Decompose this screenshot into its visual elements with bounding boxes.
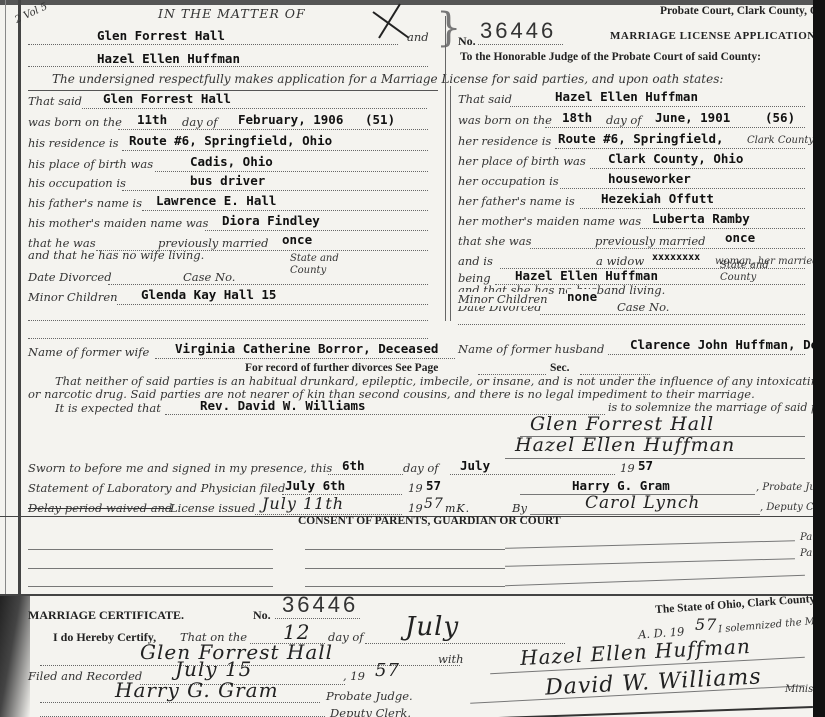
label: 19	[408, 481, 423, 495]
label: Name of former wife	[28, 345, 149, 359]
label: It is expected that	[55, 401, 161, 415]
label: , 19	[343, 669, 365, 683]
label: Case No.	[183, 270, 235, 284]
label: his mother's maiden name was	[28, 216, 208, 230]
label: her mother's maiden name was	[458, 214, 641, 228]
label: Name of former husband	[458, 342, 604, 356]
label: 19	[620, 461, 635, 475]
label: his place of birth was	[28, 157, 153, 171]
address-line: To the Honorable Judge of the Probate Co…	[460, 51, 761, 63]
label: I solemnized the Marriage of	[718, 612, 825, 636]
label: his father's name is	[28, 196, 142, 210]
groom-occupation: bus driver	[190, 173, 265, 188]
label: her residence is	[458, 134, 551, 148]
label: Case No.	[617, 300, 669, 314]
groom-signature: Glen Forrest Hall	[530, 413, 714, 435]
label: 19	[408, 501, 423, 515]
form-title: MARRIAGE LICENSE APPLICATION	[610, 30, 816, 42]
filed-recorded-year: 57	[375, 660, 400, 681]
statement-filed-year: 57	[426, 478, 441, 493]
label: a widow	[596, 254, 644, 268]
bride-birth-day: 18th	[562, 110, 592, 125]
license-issued-date: July 11th	[262, 494, 344, 513]
label: Minor Children	[458, 292, 548, 306]
license-number: 36446	[480, 18, 556, 44]
groom-father: Lawrence E. Hall	[156, 193, 276, 208]
groom-mother: Diora Findley	[222, 213, 320, 228]
certificate-month: July	[405, 612, 459, 642]
bride-birth-month-year: June, 1901	[655, 110, 730, 125]
groom-minor-children: Glenda Kay Hall 15	[141, 287, 276, 302]
certificate-judge-signature: Harry G. Gram	[115, 678, 279, 702]
bride-birthplace: Clark County, Ohio	[608, 151, 743, 166]
party2-name: Hazel Ellen Huffman	[97, 51, 240, 66]
sworn-month: July	[460, 458, 490, 473]
sworn-day: 6th	[342, 458, 365, 473]
bride-father: Hezekiah Offutt	[601, 191, 714, 206]
bride-former-spouse: Clarence John Huffman, Deceased	[630, 337, 825, 352]
matter-title: IN THE MATTER OF	[158, 6, 306, 21]
label: day of	[606, 113, 642, 127]
deputy-clerk-signature: Carol Lynch	[585, 493, 700, 513]
label: was born on the	[28, 115, 122, 129]
groom-birth-month-year: February, 1906	[238, 112, 343, 127]
further-divorces-label: For record of further divorces See Page	[245, 362, 438, 374]
minister-signature: David W. Williams	[544, 664, 762, 700]
label: day of	[403, 461, 439, 475]
oath-clause-2: or narcotic drug. Said parties are not n…	[28, 387, 755, 401]
left-binding-rule	[18, 0, 21, 600]
groom-prev-married: once	[282, 232, 312, 247]
groom-former-spouse: Virginia Catherine Borror, Deceased	[175, 341, 438, 356]
groom-name: Glen Forrest Hall	[103, 91, 231, 106]
label: Probate Judge.	[326, 689, 413, 703]
label: day of	[182, 115, 218, 129]
party1-name: Glen Forrest Hall	[97, 28, 225, 43]
label: Date Divorced	[28, 270, 112, 284]
label: with	[438, 652, 464, 666]
court-name: Probate Court, Clark County, Ohio	[660, 5, 825, 17]
bride-minor-children: none	[567, 289, 597, 304]
label: her place of birth was	[458, 154, 586, 168]
oath-clause-1: That neither of said parties is an habit…	[55, 374, 825, 388]
label: previously married	[595, 234, 706, 248]
bride-residence: Route #6, Springfield,	[558, 131, 724, 146]
bride-married-name: Hazel Ellen Huffman	[515, 268, 658, 283]
label: That said	[28, 94, 82, 108]
bride-mother: Luberta Ramby	[652, 211, 750, 226]
officiant-name: Rev. David W. Williams	[200, 398, 366, 413]
consent-title: CONSENT OF PARENTS, GUARDIAN OR COURT	[298, 515, 561, 527]
label: and is	[458, 254, 493, 268]
label: his occupation is	[28, 176, 126, 190]
bride-age: (56)	[765, 110, 795, 125]
probate-judge-name: Harry G. Gram	[572, 478, 670, 493]
label: her occupation is	[458, 174, 559, 188]
marriage-record-page: 2 Vol 5 IN THE MATTER OF Glen Forrest Ha…	[0, 0, 813, 717]
sec-label: Sec.	[550, 362, 569, 374]
left-border	[5, 0, 6, 600]
page-edge-shadow	[813, 0, 825, 717]
label: day of	[328, 630, 364, 644]
groom-birth-day: 11th	[137, 112, 167, 127]
label: Deputy Clerk.	[330, 706, 411, 717]
sworn-year: 57	[638, 458, 653, 473]
label: Statement of Laboratory and Physician fi…	[28, 481, 285, 495]
state-county-label: State and County	[720, 260, 780, 284]
label: By	[512, 501, 527, 515]
certificate-no-label: No.	[253, 608, 271, 623]
bride-name: Hazel Ellen Huffman	[555, 89, 698, 104]
certificate-number: 36446	[282, 592, 358, 618]
bride-prev-married: once	[725, 230, 755, 245]
label: License issued	[170, 501, 255, 515]
no-label: No.	[458, 34, 476, 49]
statement-filed-date: July 6th	[285, 478, 345, 493]
label: and that he has no wife living.	[28, 248, 204, 262]
label: Sworn to before me and signed in my pres…	[28, 461, 332, 475]
label: her father's name is	[458, 194, 575, 208]
and-label: and	[407, 30, 429, 44]
label: Minor Children	[28, 290, 118, 304]
groom-residence: Route #6, Springfield, Ohio	[129, 133, 332, 148]
intro-text: The undersigned respectfully makes appli…	[52, 72, 723, 86]
bride-occupation: houseworker	[608, 171, 691, 186]
state-county-label: State and County	[290, 253, 350, 277]
delay-waived-struck: Delay period waived and	[28, 501, 172, 515]
label: was born on the	[458, 113, 552, 127]
label: that she was	[458, 234, 532, 248]
clerk-initials: mK.	[445, 502, 470, 515]
license-issued-year: 57	[424, 496, 444, 512]
certificate-title: MARRIAGE CERTIFICATE.	[28, 608, 184, 623]
binding-shadow	[0, 596, 30, 717]
certificate-year: 57	[695, 615, 717, 634]
bride-signature: Hazel Ellen Huffman	[515, 434, 735, 456]
label: That said	[458, 92, 512, 106]
groom-age: (51)	[365, 112, 395, 127]
groom-birthplace: Cadis, Ohio	[190, 154, 273, 169]
label: his residence is	[28, 136, 119, 150]
widow-struck-text: xxxxxxxx	[652, 252, 700, 263]
